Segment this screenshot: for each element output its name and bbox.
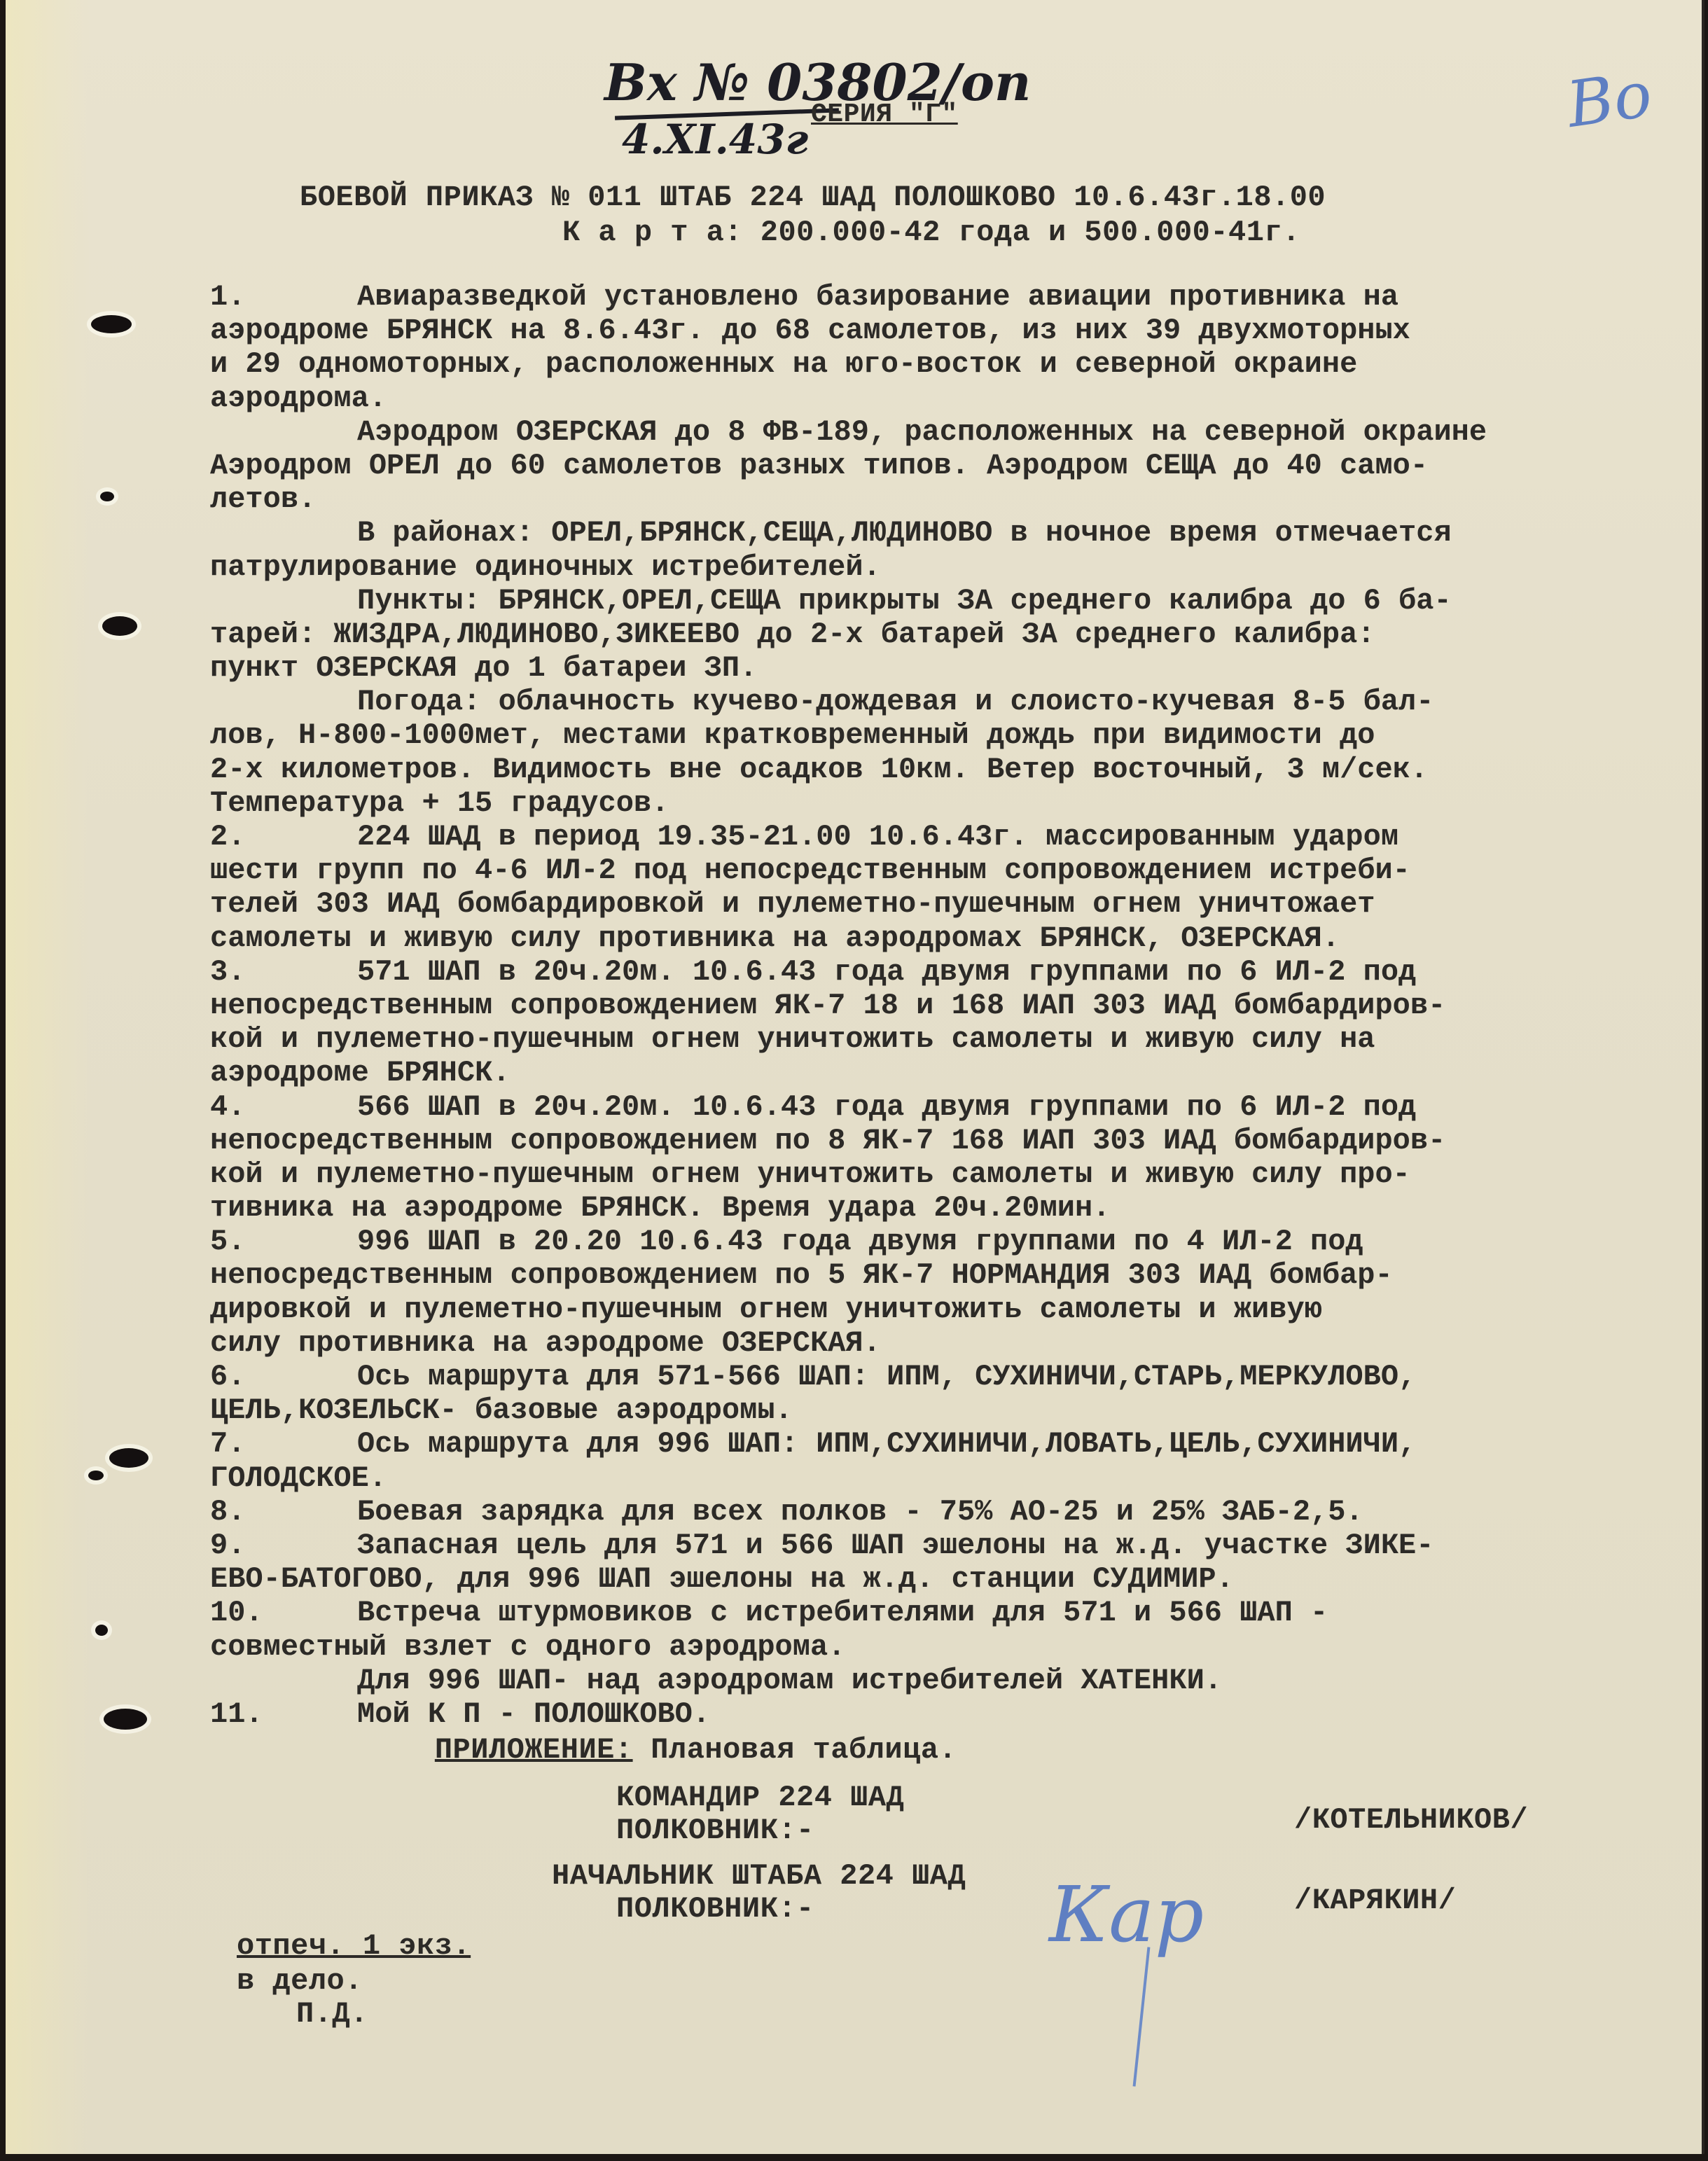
line-text: ЕВО-БАТОГОВО, для 996 ШАП эшелоны на ж.д… (210, 1562, 1234, 1596)
order-line: В районах: ОРЕЛ,БРЯНСК,СЕЩА,ЛЮДИНОВО в н… (210, 516, 1702, 550)
line-text: и 29 одномоторных, расположенных на юго-… (210, 347, 1357, 381)
order-line: ГОЛОДСКОЕ. (210, 1461, 1702, 1495)
order-line: 5.996 ШАП в 20.20 10.6.43 года двумя гру… (210, 1225, 1702, 1258)
registration-date: 4.XI.43г (622, 116, 808, 163)
series-label: СЕРИЯ "Г" (811, 98, 958, 132)
order-line: кой и пулеметно-пушечным огнем уничтожит… (210, 1158, 1702, 1191)
filed-note: в дело. (237, 1964, 363, 1998)
order-line: Пункты: БРЯНСК,ОРЕЛ,СЕЩА прикрыты ЗА сре… (210, 584, 1702, 618)
line-text: дировкой и пулеметно-пушечным огнем унич… (210, 1293, 1322, 1326)
order-line: силу противника на аэродроме ОЗЕРСКАЯ. (210, 1326, 1702, 1360)
line-text: ГОЛОДСКОЕ. (210, 1461, 387, 1495)
commander-title: КОМАНДИР 224 ШАД (616, 1781, 904, 1814)
paragraph-number: 11. (210, 1697, 357, 1731)
order-line: Аэродром ОЗЕРСКАЯ до 8 ФВ-189, расположе… (210, 415, 1702, 449)
order-line: непосредственным сопровождением ЯК-7 18 … (210, 989, 1702, 1022)
line-text: Погода: облачность кучево-дождевая и сло… (357, 685, 1433, 718)
handwritten-signature: Кар (1049, 1870, 1204, 1959)
order-line: 6.Ось маршрута для 571-566 ШАП: ИПМ, СУХ… (210, 1360, 1702, 1394)
order-line: совместный взлет с одного аэродрома. (210, 1630, 1702, 1664)
order-line: 9.Запасная цель для 571 и 566 ШАП эшелон… (210, 1529, 1702, 1562)
line-text: Встреча штурмовиков с истребителями для … (357, 1596, 1328, 1630)
paragraph-number: 4. (210, 1090, 357, 1124)
chief-of-staff-name: /КАРЯКИН/ (1294, 1884, 1456, 1917)
line-text: кой и пулеметно-пушечным огнем уничтожит… (210, 1158, 1410, 1191)
punch-hole (104, 1709, 147, 1730)
order-line: 4.566 ШАП в 20ч.20м. 10.6.43 года двумя … (210, 1090, 1702, 1124)
punch-hole (91, 315, 132, 333)
order-line: пункт ОЗЕРСКАЯ до 1 батареи ЗП. (210, 651, 1702, 685)
map-reference: К а р т а: 200.000-42 года и 500.000-41г… (562, 216, 1300, 249)
line-text: силу противника на аэродроме ОЗЕРСКАЯ. (210, 1326, 881, 1360)
order-line: тивника на аэродроме БРЯНСК. Время удара… (210, 1191, 1702, 1225)
line-text: 2-х километров. Видимость вне осадков 10… (210, 753, 1428, 786)
line-text: ЦЕЛЬ,КОЗЕЛЬСК- базовые аэродромы. (210, 1394, 793, 1427)
line-text: аэродрома. (210, 382, 387, 415)
order-line: телей 303 ИАД бомбардировкой и пулеметно… (210, 887, 1702, 921)
order-line: патрулирование одиночных истребителей. (210, 550, 1702, 584)
punch-hole (100, 492, 114, 501)
line-text: лов, Н-800-1000мет, местами кратковремен… (210, 718, 1375, 752)
line-text: Боевая зарядка для всех полков - 75% АО-… (357, 1495, 1363, 1529)
order-line: Для 996 ШАП- над аэродромам истребителей… (210, 1664, 1702, 1697)
commander-name: /КОТЕЛЬНИКОВ/ (1294, 1803, 1528, 1837)
line-text: непосредственным сопровождением по 8 ЯК-… (210, 1124, 1445, 1158)
order-line: тарей: ЖИЗДРА,ЛЮДИНОВО,ЗИКЕЕВО до 2-х ба… (210, 618, 1702, 651)
order-line: ЕВО-БАТОГОВО, для 996 ШАП эшелоны на ж.д… (210, 1562, 1702, 1596)
order-line: кой и пулеметно-пушечным огнем уничтожит… (210, 1022, 1702, 1056)
order-line: аэродроме БРЯНСК. (210, 1056, 1702, 1090)
line-text: патрулирование одиночных истребителей. (210, 550, 881, 584)
order-line: и 29 одномоторных, расположенных на юго-… (210, 347, 1702, 381)
order-line: 3.571 ШАП в 20ч.20м. 10.6.43 года двумя … (210, 955, 1702, 989)
order-line: 8.Боевая зарядка для всех полков - 75% А… (210, 1495, 1702, 1529)
order-line: непосредственным сопровождением по 8 ЯК-… (210, 1124, 1702, 1158)
order-line: 2.224 ШАД в период 19.35-21.00 10.6.43г.… (210, 820, 1702, 854)
order-line: 10.Встреча штурмовиков с истребителями д… (210, 1596, 1702, 1630)
line-text: Аэродром ОЗЕРСКАЯ до 8 ФВ-189, расположе… (357, 415, 1487, 449)
order-line: 1.Авиаразведкой установлено базирование … (210, 280, 1702, 314)
punch-hole (95, 1625, 108, 1636)
paragraph-number: 2. (210, 820, 357, 854)
order-title: БОЕВОЙ ПРИКАЗ № 011 ШТАБ 224 ШАД ПОЛОШКО… (300, 181, 1326, 214)
appendix-text: Плановая таблица. (633, 1733, 957, 1767)
line-text: Ось маршрута для 571-566 ШАП: ИПМ, СУХИН… (357, 1360, 1416, 1394)
line-text: непосредственным сопровождением по 5 ЯК-… (210, 1258, 1393, 1292)
copies-note: отпеч. 1 экз. (237, 1929, 471, 1963)
punch-hole (102, 616, 137, 636)
signature-stroke (1133, 1947, 1151, 2086)
order-line: летов. (210, 482, 1702, 516)
order-line: шести групп по 4-6 ИЛ-2 под непосредстве… (210, 854, 1702, 887)
paragraph-number: 10. (210, 1596, 357, 1630)
paragraph-number: 7. (210, 1427, 357, 1461)
line-text: совместный взлет с одного аэродрома. (210, 1630, 845, 1664)
paragraph-number: 5. (210, 1225, 357, 1258)
line-text: непосредственным сопровождением ЯК-7 18 … (210, 989, 1445, 1022)
line-text: Ось маршрута для 996 ШАП: ИПМ,СУХИНИЧИ,Л… (357, 1427, 1416, 1461)
order-body: 1.Авиаразведкой установлено базирование … (210, 280, 1702, 1731)
line-text: тарей: ЖИЗДРА,ЛЮДИНОВО,ЗИКЕЕВО до 2-х ба… (210, 618, 1375, 651)
line-text: аэродроме БРЯНСК на 8.6.43г. до 68 самол… (210, 314, 1410, 347)
paragraph-number: 3. (210, 955, 357, 989)
line-text: летов. (210, 482, 316, 516)
appendix-label: ПРИЛОЖЕНИЕ: (435, 1733, 633, 1767)
line-text: 571 ШАП в 20ч.20м. 10.6.43 года двумя гр… (357, 955, 1416, 989)
order-line: 2-х километров. Видимость вне осадков 10… (210, 753, 1702, 786)
order-line: дировкой и пулеметно-пушечным огнем унич… (210, 1293, 1702, 1326)
commander-rank: ПОЛКОВНИК:- (616, 1814, 814, 1847)
line-text: самолеты и живую силу противника на аэро… (210, 922, 1340, 955)
order-line: ЦЕЛЬ,КОЗЕЛЬСК- базовые аэродромы. (210, 1394, 1702, 1427)
punch-hole (88, 1471, 104, 1480)
chief-of-staff-title: НАЧАЛЬНИК ШТАБА 224 ШАД (552, 1859, 966, 1893)
line-text: кой и пулеметно-пушечным огнем уничтожит… (210, 1022, 1375, 1056)
line-text: Запасная цель для 571 и 566 ШАП эшелоны … (357, 1529, 1433, 1562)
initials: П.Д. (296, 1997, 368, 2031)
order-line: аэродроме БРЯНСК на 8.6.43г. до 68 самол… (210, 314, 1702, 347)
line-text: Авиаразведкой установлено базирование ав… (357, 280, 1398, 314)
line-text: Пункты: БРЯНСК,ОРЕЛ,СЕЩА прикрыты ЗА сре… (357, 584, 1452, 618)
order-line: Погода: облачность кучево-дождевая и сло… (210, 685, 1702, 718)
order-line: непосредственным сопровождением по 5 ЯК-… (210, 1258, 1702, 1292)
paragraph-number: 9. (210, 1529, 357, 1562)
line-text: В районах: ОРЕЛ,БРЯНСК,СЕЩА,ЛЮДИНОВО в н… (357, 516, 1452, 550)
paragraph-number: 8. (210, 1495, 357, 1529)
order-line: Температура + 15 градусов. (210, 786, 1702, 820)
line-text: Для 996 ШАП- над аэродромам истребителей… (357, 1664, 1222, 1697)
line-text: тивника на аэродроме БРЯНСК. Время удара… (210, 1191, 1110, 1225)
line-text: пункт ОЗЕРСКАЯ до 1 батареи ЗП. (210, 651, 757, 685)
line-text: телей 303 ИАД бомбардировкой и пулеметно… (210, 887, 1375, 921)
punch-hole (109, 1448, 148, 1468)
line-text: аэродроме БРЯНСК. (210, 1056, 510, 1090)
margin-note: Во (1562, 57, 1656, 142)
line-text: Аэродром ОРЕЛ до 60 самолетов разных тип… (210, 449, 1428, 482)
chief-of-staff-rank: ПОЛКОВНИК:- (616, 1892, 814, 1926)
line-text: Температура + 15 градусов. (210, 786, 669, 820)
order-line: лов, Н-800-1000мет, местами кратковремен… (210, 718, 1702, 752)
line-text: 996 ШАП в 20.20 10.6.43 года двумя групп… (357, 1225, 1363, 1258)
paragraph-number: 1. (210, 280, 357, 314)
order-line: аэродрома. (210, 382, 1702, 415)
document-page: Вх № 03802/оп 4.XI.43г СЕРИЯ "Г" Во БОЕВ… (6, 0, 1704, 2154)
line-text: 224 ШАД в период 19.35-21.00 10.6.43г. м… (357, 820, 1398, 854)
line-text: 566 ШАП в 20ч.20м. 10.6.43 года двумя гр… (357, 1090, 1416, 1124)
paragraph-number: 6. (210, 1360, 357, 1394)
order-line: самолеты и живую силу противника на аэро… (210, 922, 1702, 955)
order-line: 7.Ось маршрута для 996 ШАП: ИПМ,СУХИНИЧИ… (210, 1427, 1702, 1461)
line-text: шести групп по 4-6 ИЛ-2 под непосредстве… (210, 854, 1410, 887)
order-line: Аэродром ОРЕЛ до 60 самолетов разных тип… (210, 449, 1702, 482)
